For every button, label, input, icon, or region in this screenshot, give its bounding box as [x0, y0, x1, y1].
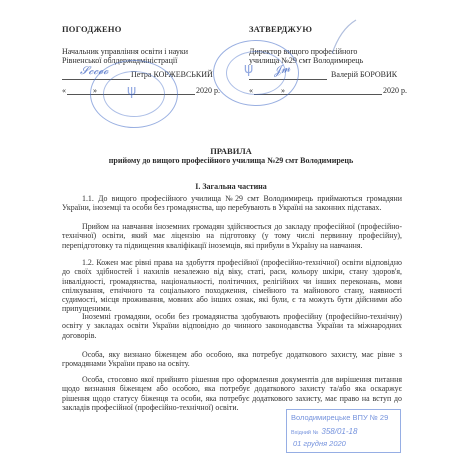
signature-stroke-icon	[328, 18, 358, 58]
date-open-quote-left: «	[62, 86, 66, 95]
stamp-institution: Володимирецьке ВПУ № 29	[291, 413, 388, 422]
paragraph-foreigners-admission: Прийом на навчання іноземних громадян зд…	[62, 222, 402, 250]
paragraph-1-1: 1.1. До вищого професійного училища №29 …	[62, 194, 402, 213]
signature-scribble-left: 𝓢𝓬𝓬𝓸𝓸	[80, 64, 109, 78]
trident-emblem-icon: ψ	[127, 83, 136, 99]
section-heading: І. Загальна частина	[0, 182, 462, 191]
paragraph-foreign-citizens: Іноземні громадяни, особи без громадянст…	[62, 312, 402, 340]
scanned-document-page: ПОГОДЖЕНО Начальник управління освіти і …	[0, 0, 462, 462]
date-year-right: 2020 р.	[383, 86, 407, 95]
stamp-incoming-number: Вхідний №358/01-18	[291, 427, 357, 436]
document-title: ПРАВИЛА	[0, 146, 462, 156]
paragraph-refugees: Особа, яку визнано біженцем або особою, …	[62, 350, 402, 369]
document-subtitle: прийому до вищого професійного училища №…	[0, 156, 462, 165]
paragraph-1-2: 1.2. Кожен має рівні права на здобуття п…	[62, 258, 402, 314]
stamp-date: 01 грудня 2020	[293, 439, 346, 448]
approver-position-line1: Начальник управління освіти і науки	[62, 47, 188, 56]
trident-emblem-icon: ψ	[244, 61, 253, 77]
approval-heading-left: ПОГОДЖЕНО	[62, 24, 122, 34]
approval-heading-right: ЗАТВЕРДЖУЮ	[249, 24, 312, 34]
director-name-right: Валерій БОРОВИК	[331, 70, 397, 79]
paragraph-asylum-seekers: Особа, стосовно якої прийнято рішення пр…	[62, 375, 402, 412]
registration-stamp: Володимирецьке ВПУ № 29 Вхідний №358/01-…	[286, 409, 401, 453]
